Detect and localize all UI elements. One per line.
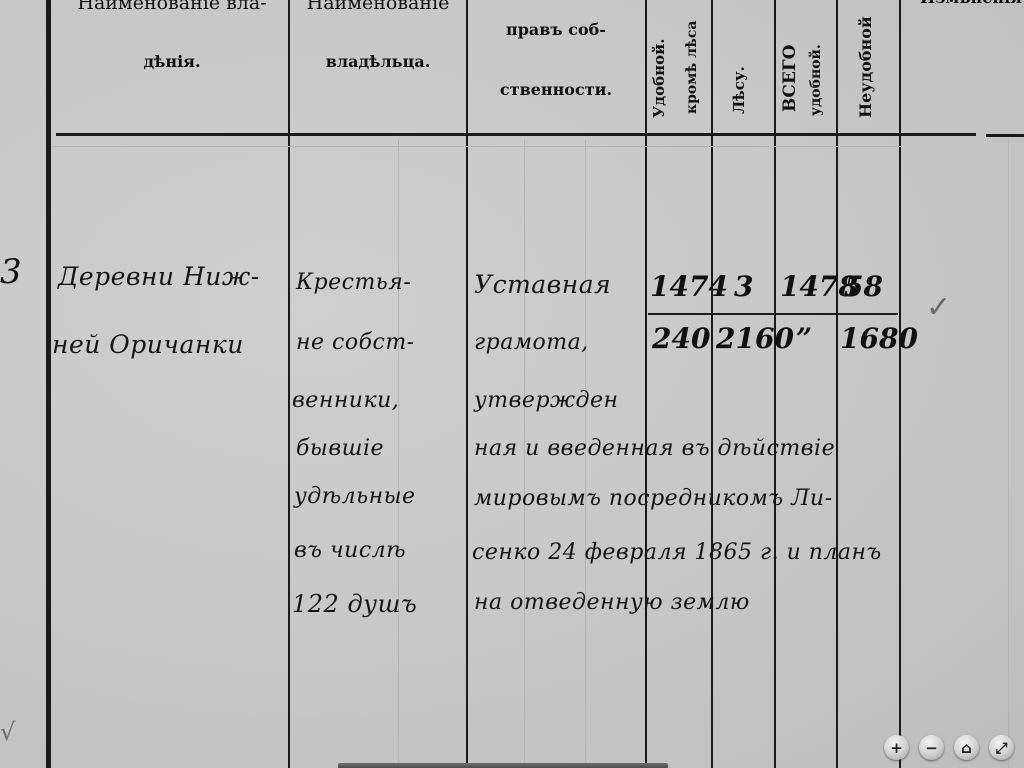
horizontal-scrollbar[interactable]: [338, 763, 668, 768]
fullscreen-icon: ⤢: [995, 739, 1007, 757]
minus-icon: −: [925, 739, 938, 757]
header-owner-name-line2: владѣльца.: [292, 52, 464, 71]
rights-line: сенко 24 февраля 1865 г. и планъ: [472, 540, 882, 565]
plus-icon: +: [890, 739, 903, 757]
zoom-out-button[interactable]: −: [919, 735, 944, 760]
column-divider: [899, 0, 901, 768]
non-arable-bottom: 1680: [840, 322, 918, 355]
faint-ruling: [1008, 140, 1009, 768]
home-icon: ⌂: [961, 739, 972, 757]
owner-line: венники,: [292, 388, 399, 413]
header-total-arable-2: удобной.: [808, 44, 824, 116]
header-forest: Лѣсу.: [730, 66, 748, 114]
header-estate-name-line2: дѣнія.: [62, 52, 282, 71]
faint-ruling: [398, 140, 399, 768]
column-divider: [466, 0, 468, 768]
forest-bottom: 2160: [716, 322, 794, 355]
owner-line: бывшіе: [296, 436, 384, 461]
rights-line: грамота,: [474, 330, 589, 355]
column-divider: [288, 0, 290, 768]
header-rights-line1: правъ соб-: [470, 20, 642, 39]
header-total-arable-1: ВСЕГО: [780, 45, 800, 112]
home-button[interactable]: ⌂: [954, 735, 979, 760]
fraction-line: [648, 313, 898, 315]
header-arable-except-forest-1: Удобной.: [650, 38, 668, 118]
header-owner-name-line1: Наименованіе: [292, 0, 464, 14]
rights-line: на отведенную землю: [474, 590, 750, 615]
non-arable-top: 58: [844, 270, 883, 303]
forest-top: 3: [734, 270, 753, 303]
owner-line: 122 душъ: [292, 590, 417, 618]
scanned-document-page: Наименованіе вла- дѣнія. Наименованіе вл…: [0, 0, 1024, 768]
header-changes: Измѣненія: [920, 0, 1022, 7]
header-rights-line2: ственности.: [470, 80, 642, 99]
column-divider: [774, 0, 776, 768]
pencil-check-mark: ✓: [926, 290, 951, 325]
viewer-controls: + − ⌂ ⤢: [884, 735, 1014, 760]
row-number: 3: [0, 252, 22, 292]
owner-line: въ числѣ: [294, 538, 406, 563]
owner-line: Крестья-: [296, 270, 411, 295]
faint-ruling: [52, 146, 902, 147]
arable-except-forest-top: 1474: [650, 270, 728, 303]
total-arable-bottom: ”: [796, 322, 812, 355]
header-estate-name-line1: Наименованіе вла-: [62, 0, 282, 14]
zoom-in-button[interactable]: +: [884, 735, 909, 760]
owner-line: удѣльные: [294, 484, 416, 509]
rights-line: Уставная: [474, 270, 611, 299]
rights-line: мировымъ посредникомъ Ли-: [474, 486, 833, 511]
header-non-arable: Неудобной: [856, 16, 875, 118]
left-border-line: [46, 0, 51, 768]
column-divider: [711, 0, 713, 768]
rights-line: утвержден: [474, 388, 619, 413]
header-arable-except-forest-2: кромѣ лѣса: [684, 21, 700, 114]
fullscreen-button[interactable]: ⤢: [989, 735, 1014, 760]
estate-line: Деревни Ниж-: [58, 262, 260, 291]
rights-line: ная и введенная въ дѣйствіе: [474, 436, 835, 461]
column-divider: [645, 0, 647, 768]
arable-except-forest-bottom: 240: [652, 322, 710, 355]
estate-line: ней Оричанки: [52, 330, 244, 359]
owner-line: не собст-: [296, 330, 415, 355]
column-divider: [836, 0, 838, 768]
header-separator-line: [986, 134, 1024, 137]
header-separator-line: [56, 133, 976, 136]
pencil-margin-mark: √: [0, 718, 15, 746]
